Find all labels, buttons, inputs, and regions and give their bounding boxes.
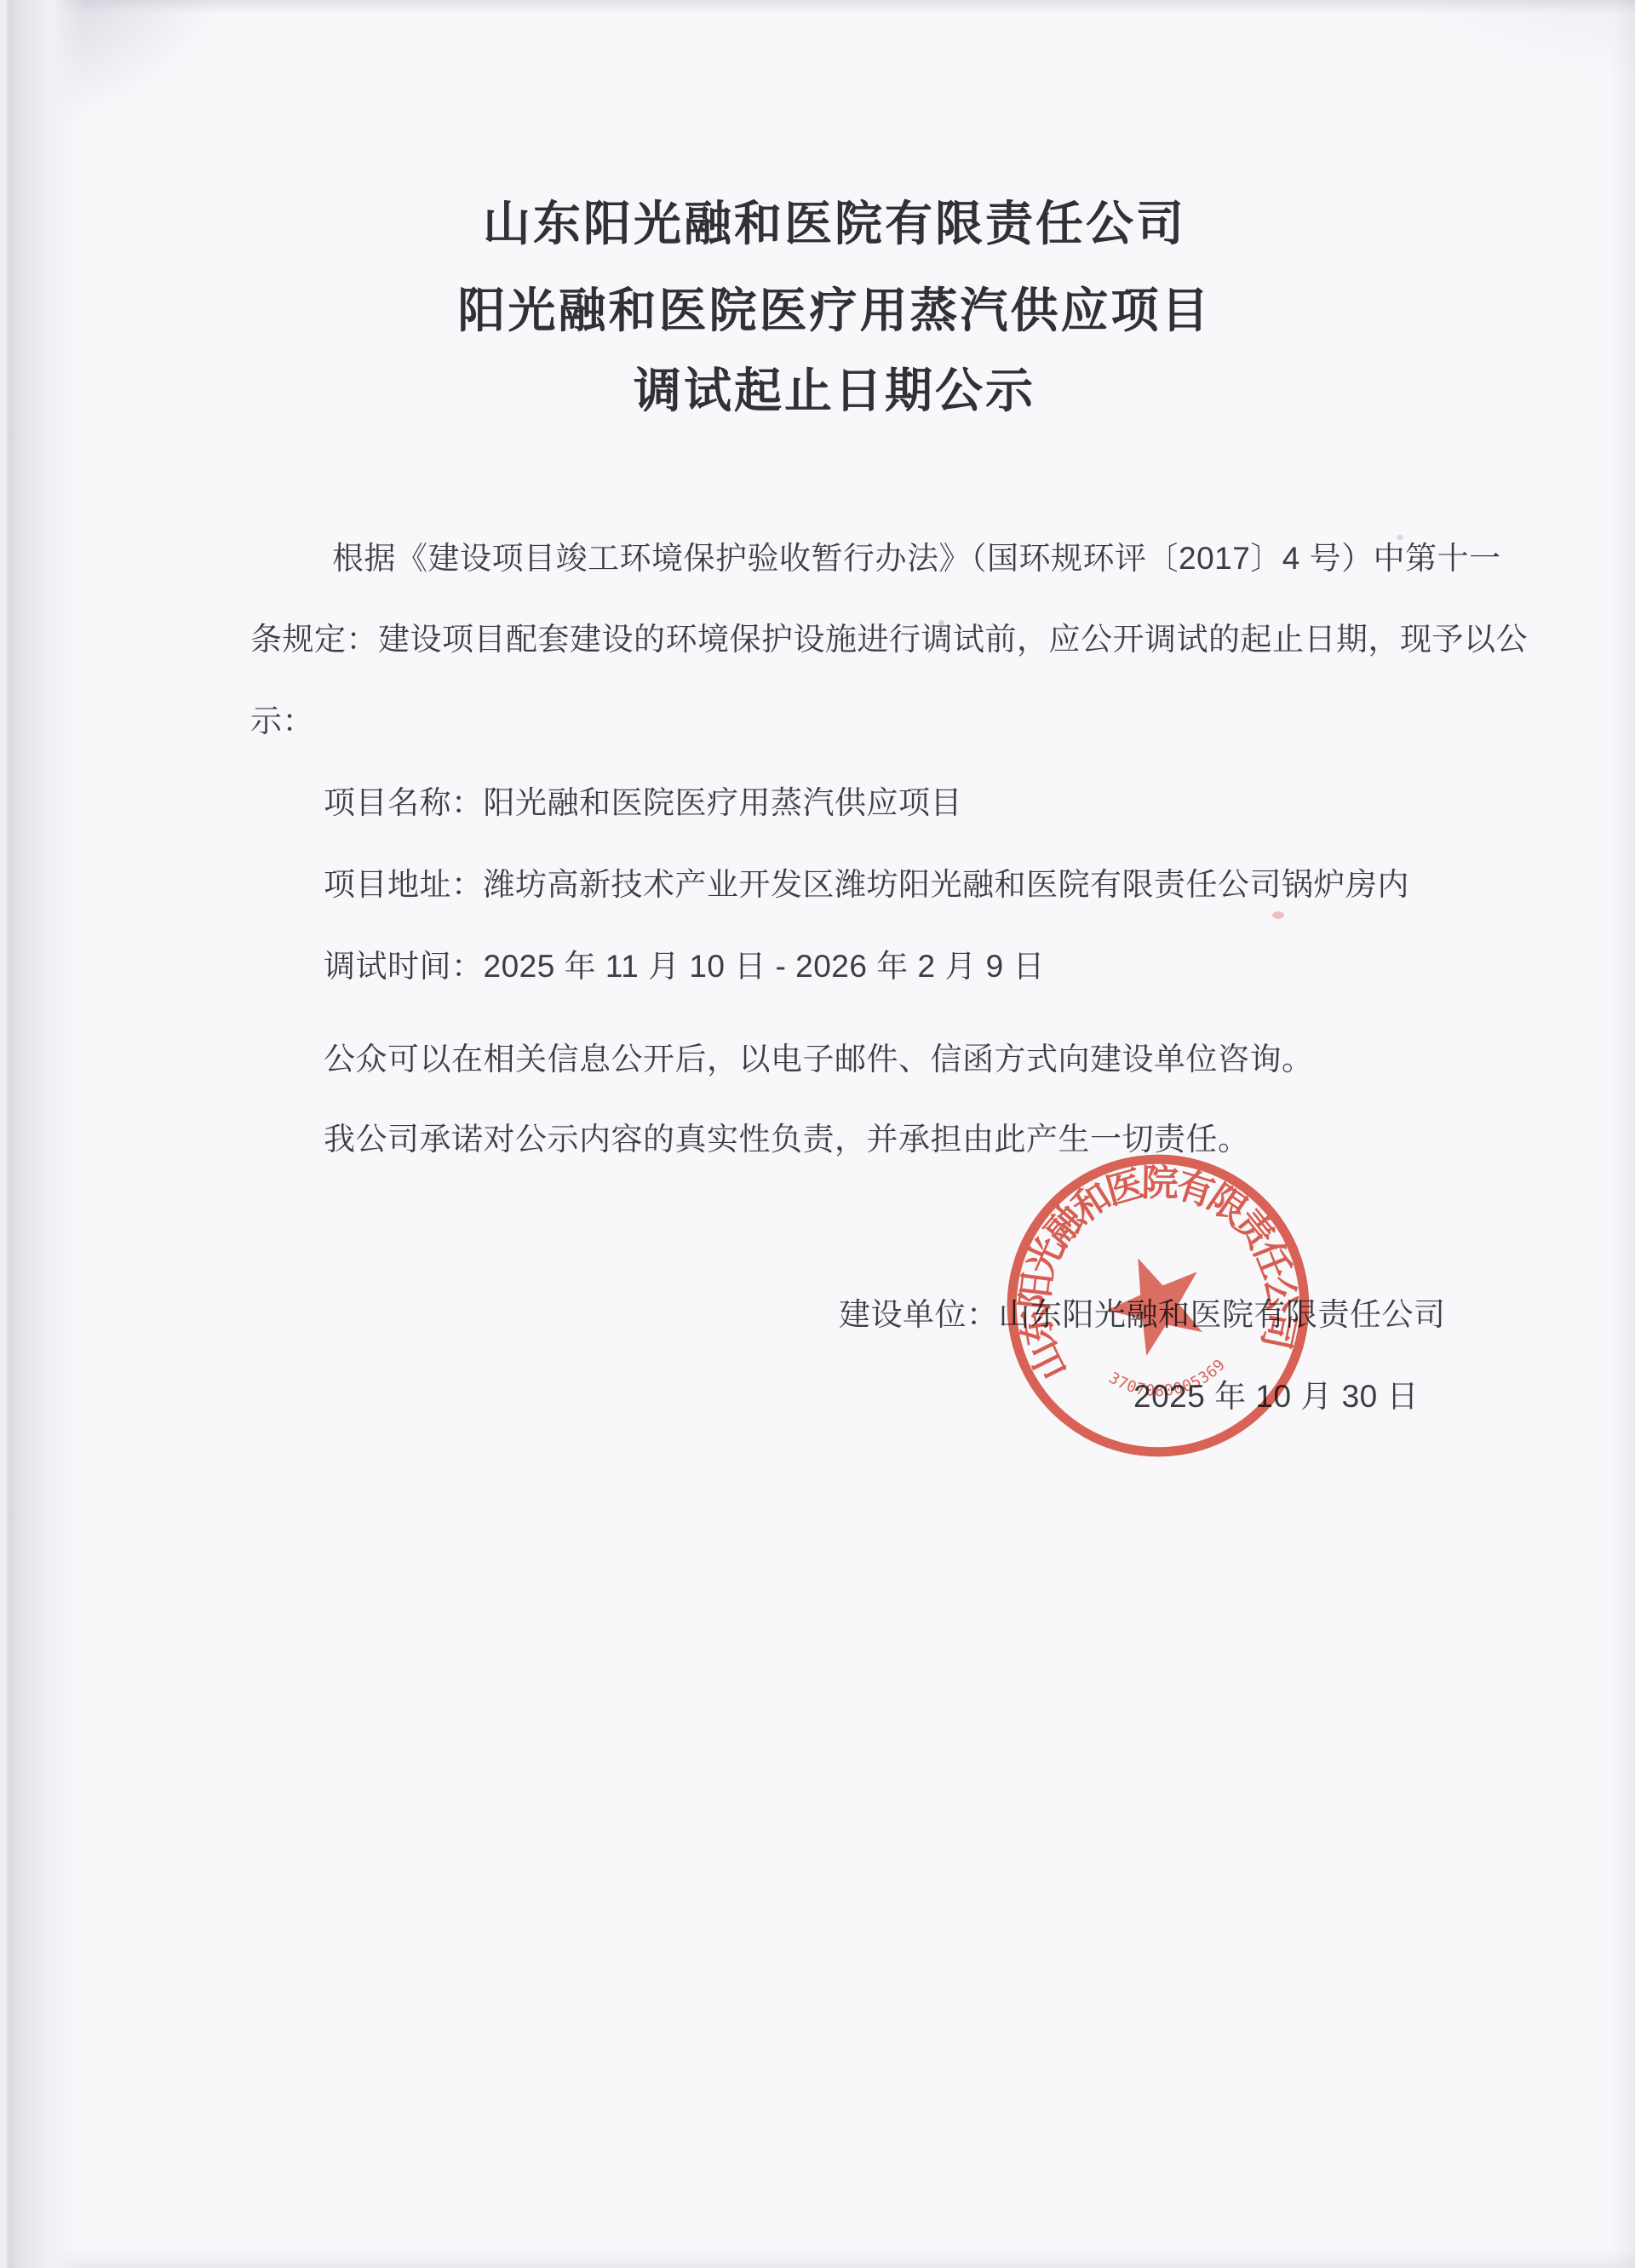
seal-company-textpath: 山东阳光融和医院有限责任公司 xyxy=(996,1144,1309,1391)
body-intro-line-3: 示： xyxy=(250,702,314,741)
doc-title-line-2: 阳光融和医院医疗用蒸汽供应项目 xyxy=(17,285,1635,336)
scanned-notice-page: 山东阳光融和医院有限责任公司 阳光融和医院医疗用蒸汽供应项目 调试起止日期公示 … xyxy=(0,0,1635,2268)
seal-serial-textpath: 3707080005369 xyxy=(1104,1353,1233,1408)
public-consult-line: 公众可以在相关信息公开后，以电子邮件、信函方式向建设单位咨询。 xyxy=(324,1040,1314,1079)
seal-serial-text: 3707080005369 xyxy=(1104,1353,1233,1408)
doc-title-line-1: 山东阳光融和医院有限责任公司 xyxy=(17,198,1635,250)
scan-speck xyxy=(938,620,944,626)
seal-company-text: 山东阳光融和医院有限责任公司 xyxy=(996,1144,1309,1391)
scan-speck xyxy=(1272,911,1284,919)
doc-title-line-3: 调试起止日期公示 xyxy=(17,365,1635,416)
project-address-line: 项目地址：潍坊高新技术产业开发区潍坊阳光融和医院有限责任公司锅炉房内 xyxy=(324,865,1409,904)
scan-speck xyxy=(1397,535,1403,540)
body-intro-line-1: 根据《建设项目竣工环境保护验收暂行办法》（国环规环评〔2017〕4 号）中第十一 xyxy=(332,539,1501,578)
company-seal-stamp: 山东阳光融和医院有限责任公司 3707080005369 xyxy=(973,1121,1343,1490)
project-name-line: 项目名称：阳光融和医院医疗用蒸汽供应项目 xyxy=(324,784,962,823)
debug-period-line: 调试时间：2025 年 11 月 10 日 - 2026 年 2 月 9 日 xyxy=(324,947,1045,986)
body-intro-line-2: 条规定：建设项目配套建设的环境保护设施进行调试前，应公开调试的起止日期，现予以公 xyxy=(250,620,1528,659)
star-icon xyxy=(1093,1239,1219,1364)
